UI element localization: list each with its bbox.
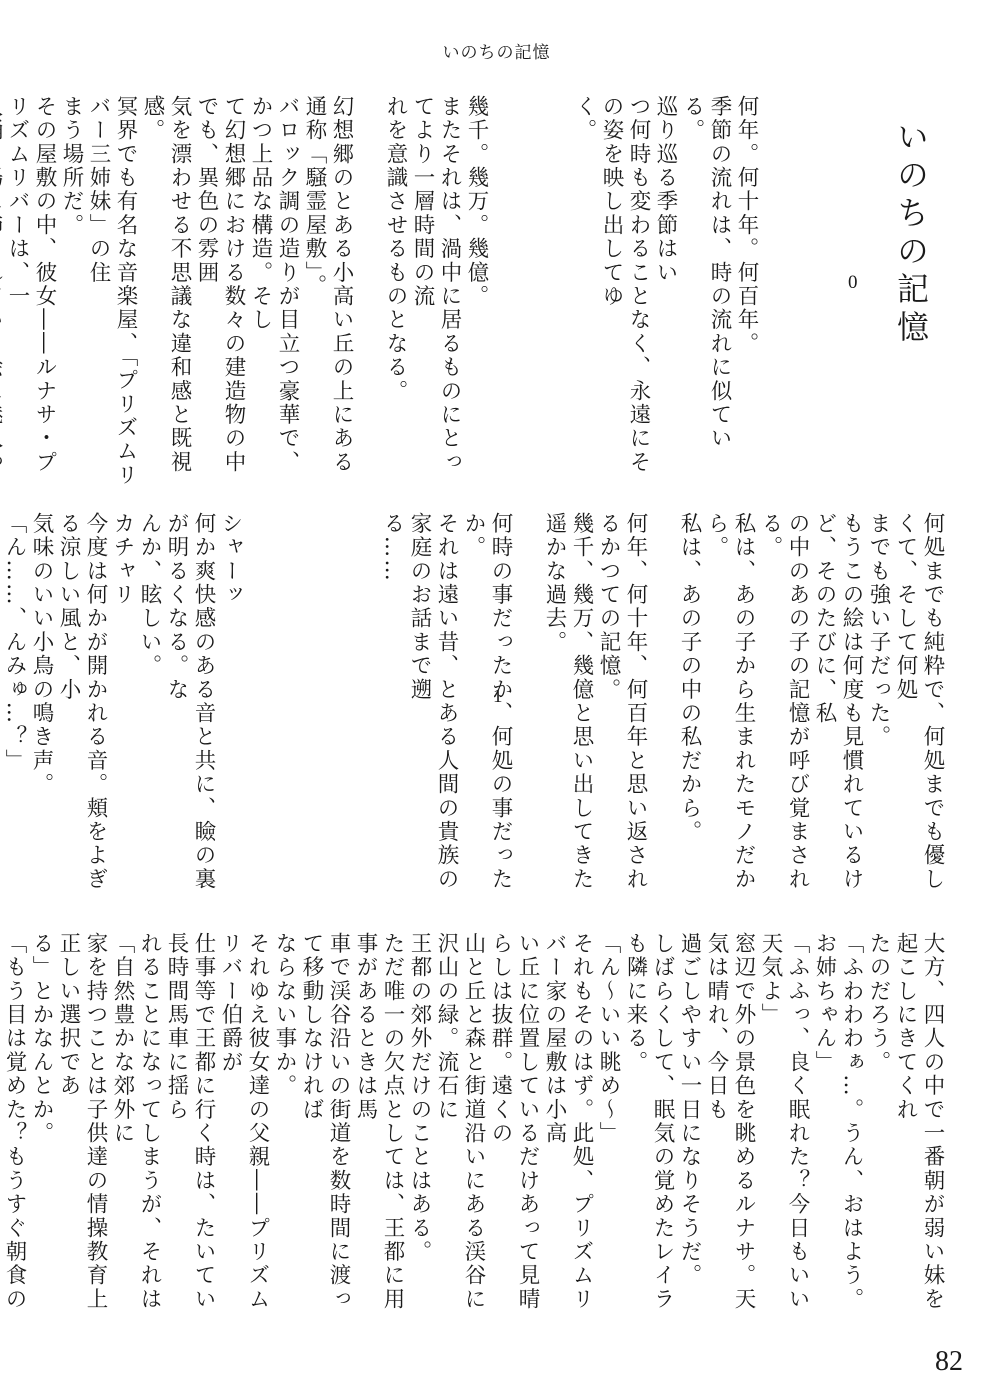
text-column: それもそのはず。此処、プリズムリバー家の屋敷は小高: [541, 932, 595, 1327]
blank-column: [325, 512, 352, 907]
running-header: いのちの記憶: [0, 38, 993, 63]
chapter-title: いのちの記憶: [888, 120, 934, 348]
blank-column: [649, 512, 676, 907]
text-column: 「ふわわわぁ…。うん、おはよう。お姉ちゃん」: [811, 932, 865, 1327]
text-column: 王都の郊外だけのことはある。: [406, 932, 433, 1327]
text-column: 何処までも純粋で、何処までも優しくて、そして何処: [892, 512, 946, 907]
text-column: る……: [379, 512, 406, 907]
text-column: 何年、何十年、何百年と思い返されるかつての記憶。: [595, 512, 649, 907]
blank-column: [298, 512, 325, 907]
text-column: 冥界でも有名な音楽屋、「プリズムリバー三姉妹」の住: [85, 95, 139, 495]
page-number: 82: [935, 1346, 963, 1378]
text-column: 何時の事だったか、何処の事だったか。: [460, 512, 514, 907]
text-tier-2: 何処までも純粋で、何処までも優しくて、そして何処までも強い子だった。もうこの絵は…: [0, 512, 946, 907]
text-column: またそれは、渦中に居るものにとってより一層時間の流: [409, 95, 463, 495]
text-column: その屋敷の中、彼女――ルナサ・プリズムリバーは、一: [4, 95, 58, 495]
text-column: までも強い子だった。: [865, 512, 892, 907]
blank-column: [517, 95, 544, 495]
section-number-0: 0: [848, 272, 858, 294]
blank-column: [355, 95, 382, 495]
text-column: の中のあの子の記憶が呼び覚まされる。: [757, 512, 811, 907]
text-column: 過ごしやすい一日になりそうだ。: [676, 932, 703, 1327]
blank-column: [544, 95, 571, 495]
text-column: シャーッ: [217, 512, 244, 907]
text-column: しばらくして、眠気の覚めたレイラも隣に来る。: [622, 932, 676, 1327]
text-column: 今度は何かが開かれる音。頬をよぎる涼しい風と、小: [55, 512, 109, 907]
text-column: く。: [571, 95, 598, 495]
text-column: つ何時も変わることなく、永遠にその姿を映し出してゆ: [598, 95, 652, 495]
text-column: 「ふふっ、良く眠れた？今日もいい天気よ」: [757, 932, 811, 1327]
text-column: 仕事等で王都に行く時は、たいてい長時間馬車に揺ら: [163, 932, 217, 1327]
text-column: 気味のいい小鳥の鳴き声。: [28, 512, 55, 907]
text-column: れることになってしまうが、それは「自然豊かな郊外に: [109, 932, 163, 1327]
text-column: る」とかなんとか。: [28, 932, 55, 1327]
text-column: 幾千、幾万、幾億と思い出してきた遥かな過去。: [541, 512, 595, 907]
text-column: んか、眩しい。: [136, 512, 163, 907]
text-column: 季節の流れは、時の流れに似ている。: [679, 95, 733, 495]
text-column: 人踊り場に飾られている絵に魅入っていた。: [0, 95, 4, 495]
blank-column: [514, 512, 541, 907]
text-column: て幻想郷における数々の建造物の中でも、異色の雰囲: [193, 95, 247, 495]
text-column: 霞がかった意識が覚めてゆく。そして人影。: [0, 512, 1, 907]
text-column: 家を持つことは子供達の情操教育上正しい選択であ: [55, 932, 109, 1327]
blank-column: [352, 512, 379, 907]
text-column: い丘に位置しているだけあって見晴らしは抜群。遠くの: [487, 932, 541, 1327]
text-column: 気を漂わせる不思議な違和感と既視感。: [139, 95, 193, 495]
text-column: 何か爽快感のある音と共に、瞼の裏が明るくなる。な: [163, 512, 217, 907]
text-tier-1: 何年。何十年。何百年。季節の流れは、時の流れに似ている。巡り巡る季節はいつ何時も…: [0, 95, 760, 495]
text-column: それは遠い昔、とある人間の貴族の家庭のお話まで遡: [406, 512, 460, 907]
text-column: 巡り巡る季節はい: [652, 95, 679, 495]
text-column: 山と丘と森と街道沿いにある渓谷に沢山の緑。流石に: [433, 932, 487, 1327]
text-column: 何年。何十年。何百年。: [733, 95, 760, 495]
text-column: 「ん……、んみゅ…？」: [1, 512, 28, 907]
text-column: 車で渓谷沿いの街道を数時間に渡って移動しなければ: [298, 932, 352, 1327]
text-column: 「ん〜いい眺め〜」: [595, 932, 622, 1327]
text-column: それゆえ彼女達の父親――プリズムリバー伯爵が: [217, 932, 271, 1327]
text-column: 幾千。幾万。幾億。: [463, 95, 490, 495]
text-column: 幻想郷のとある小高い丘の上にある通称「騒霊屋敷」。: [301, 95, 355, 495]
text-column: バロック調の造りが目立つ豪華で、かつ上品な構造。そし: [247, 95, 301, 495]
text-tier-3: 大方、四人の中で一番朝が弱い妹を起こしにきてくれたのだろう。「ふわわわぁ…。うん…: [0, 932, 946, 1327]
text-column: れを意識させるものとなる。: [382, 95, 409, 495]
text-column: ただ唯一の欠点としては、王都に用事があるときは馬: [352, 932, 406, 1327]
blank-column: [271, 512, 298, 907]
text-column: たのだろう。: [865, 932, 892, 1327]
text-column: 窓辺で外の景色を眺めるルナサ。天気は晴れ、今日も: [703, 932, 757, 1327]
text-column: ならない事か。: [271, 932, 298, 1327]
text-column: 「もう目は覚めた？もうすぐ朝食の時間だから――」: [0, 932, 28, 1327]
text-column: まう場所だ。: [58, 95, 85, 495]
text-column: もうこの絵は何度も見慣れているけど、そのたびに、私: [811, 512, 865, 907]
text-column: 大方、四人の中で一番朝が弱い妹を起こしにきてくれ: [892, 932, 946, 1327]
text-column: 私は、あの子から生まれたモノだから。: [703, 512, 757, 907]
text-column: 私は、あの子の中の私だから。: [676, 512, 703, 907]
blank-column: [244, 512, 271, 907]
blank-column: [490, 95, 517, 495]
text-column: カチャリ: [109, 512, 136, 907]
